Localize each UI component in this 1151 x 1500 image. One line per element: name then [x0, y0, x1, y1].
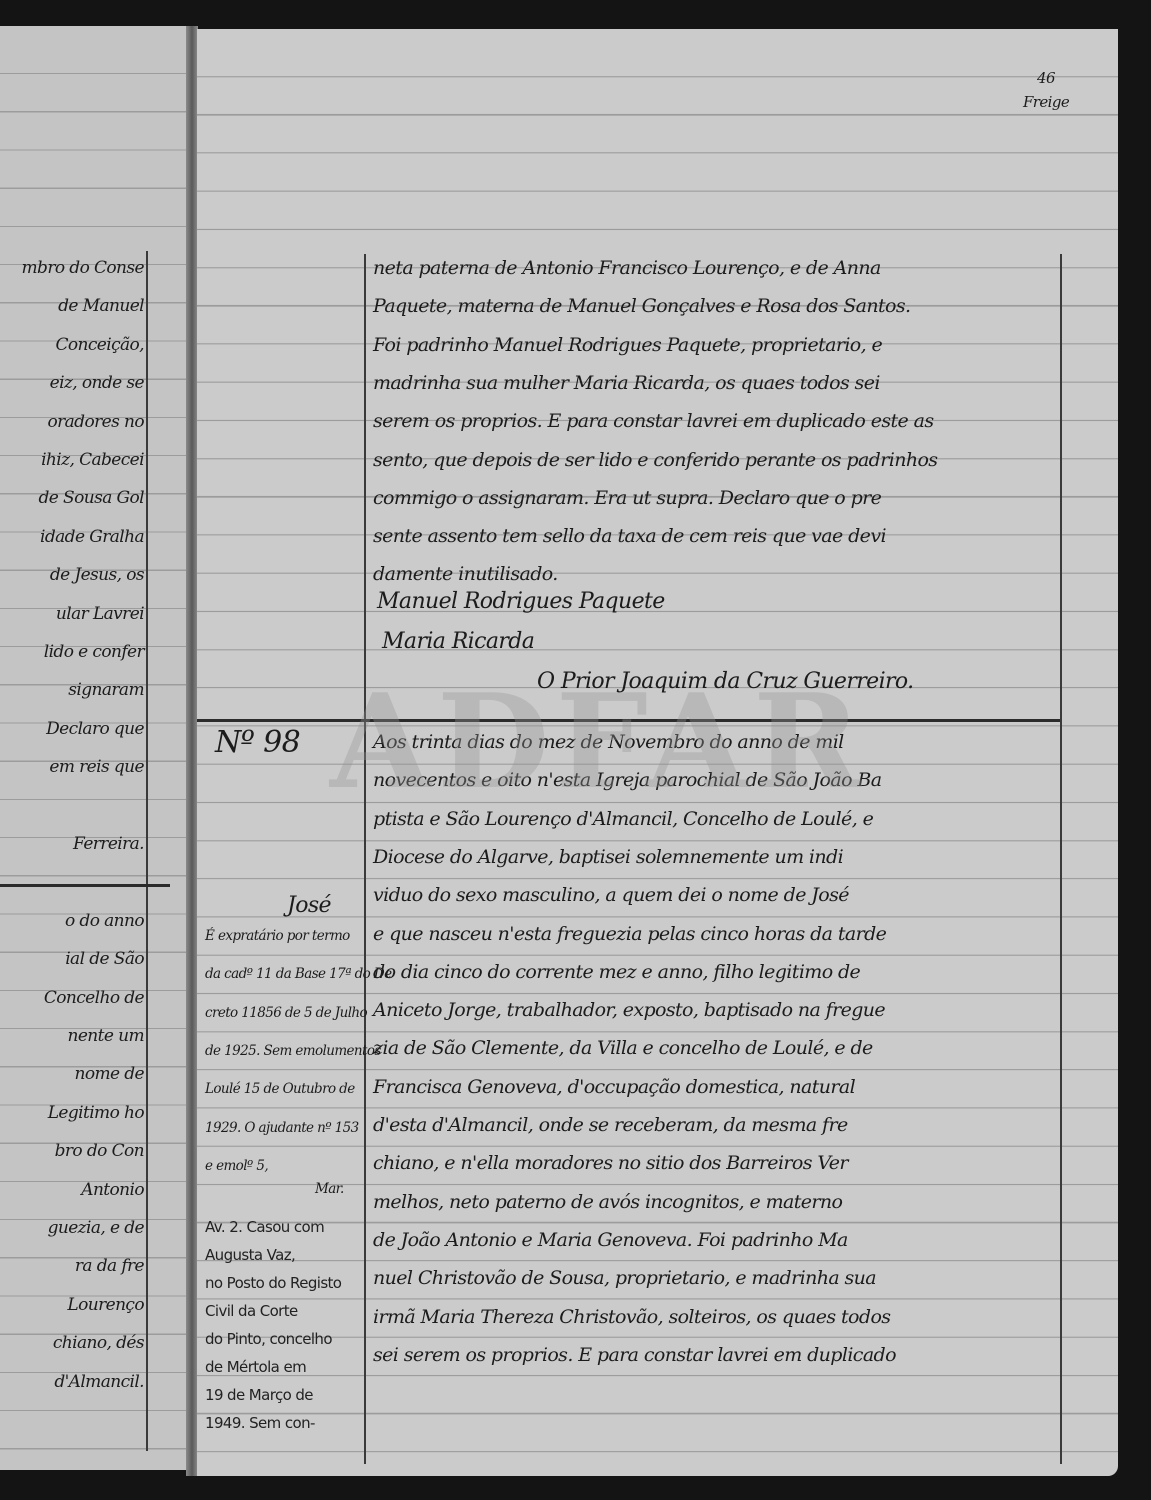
pencil-note-line: Civil da Corte: [205, 1302, 298, 1320]
pencil-note-line: do Pinto, concelho: [205, 1330, 332, 1348]
left-page-fragment: chiano, dés: [53, 1333, 144, 1353]
page-initials: Freige: [1023, 93, 1069, 111]
left-page-fragment: bro do Con: [55, 1141, 144, 1161]
margin-note-line: de 1925. Sem emolumentos: [205, 1043, 381, 1059]
pencil-note-line: no Posto do Registo: [205, 1274, 341, 1292]
left-page-fragment: de Manuel: [58, 296, 144, 316]
left-page-fragment: mbro do Conse: [22, 258, 144, 278]
margin-note-line: da cadº 11 da Base 17ª do De: [205, 966, 391, 982]
entry-line: de João Antonio e Maria Genoveva. Foi pa…: [373, 1229, 848, 1251]
entry-line: ptista e São Lourenço d'Almancil, Concel…: [373, 808, 873, 830]
entry-number: Nº 98: [215, 725, 300, 760]
entry-line: e que nasceu n'esta freguezia pelas cinc…: [373, 923, 886, 945]
left-page-fragment: Legitimo ho: [48, 1103, 144, 1123]
entry-line: zia de São Clemente, da Villa e concelho…: [373, 1037, 873, 1059]
margin-note-line: 1929. O ajudante nº 153: [205, 1120, 359, 1136]
left-page-fragment: lido e confer: [44, 642, 144, 662]
left-entry-separator: [0, 884, 170, 887]
pencil-note-line: Augusta Vaz,: [205, 1246, 295, 1264]
pencil-note-line: Av. 2. Casou com: [205, 1218, 324, 1236]
entry-line: Aos trinta dias do mez de Novembro do an…: [373, 731, 844, 753]
previous-entry-line: commigo o assignaram. Era ut supra. Decl…: [373, 487, 881, 509]
entry-line: chiano, e n'ella moradores no sitio dos …: [373, 1152, 848, 1174]
left-page-fragment: Concelho de: [44, 988, 144, 1008]
entry-line: Aniceto Jorge, trabalhador, exposto, bap…: [373, 999, 885, 1021]
entry-line: nuel Christovão de Sousa, proprietario, …: [373, 1267, 876, 1289]
entry-line: novecentos e oito n'esta Igreja parochia…: [373, 769, 882, 791]
left-page-fragment: guezia, e de: [48, 1218, 144, 1238]
left-page-fragment: Conceição,: [55, 335, 144, 355]
left-page-fragment: ihiz, Cabecei: [41, 450, 144, 470]
previous-entry-line: madrinha sua mulher Maria Ricarda, os qu…: [373, 372, 880, 394]
margin-note-line: Loulé 15 de Outubro de: [205, 1081, 355, 1097]
left-page-fragment: nente um: [67, 1026, 144, 1046]
left-page-fragment: Ferreira.: [73, 834, 144, 854]
entry-line: melhos, neto paterno de avós incognitos,…: [373, 1191, 842, 1213]
pencil-note-line: de Mértola em: [205, 1358, 306, 1376]
left-page-fragment: idade Gralha: [40, 527, 144, 547]
right-margin-rule: [1060, 254, 1062, 1464]
left-page-fragment: ra da fre: [75, 1256, 144, 1276]
pencil-note-line: 1949. Sem con-: [205, 1414, 315, 1432]
signature: Manuel Rodrigues Paquete: [377, 589, 665, 614]
left-page-fragment: eiz, onde se: [50, 373, 144, 393]
margin-rule: [364, 254, 366, 1464]
margin-note-line: e emolº 5,: [205, 1158, 268, 1174]
left-page-fragment: Declaro que: [46, 719, 144, 739]
right-page: 46 Freige neta paterna de Antonio Franci…: [197, 29, 1118, 1476]
entry-line: Diocese do Algarve, baptisei solemnement…: [373, 846, 843, 868]
previous-entry-line: sento, que depois de ser lido e conferid…: [373, 449, 937, 471]
left-page-fragment: Antonio: [81, 1180, 144, 1200]
entry-line: do dia cinco do corrente mez e anno, fil…: [373, 961, 860, 983]
entry-line: d'esta d'Almancil, onde se receberam, da…: [373, 1114, 848, 1136]
left-page-fragment: ular Lavrei: [56, 604, 144, 624]
left-page: mbro do Consede ManuelConceição,eiz, ond…: [0, 26, 188, 1470]
previous-entry-line: neta paterna de Antonio Francisco Louren…: [373, 257, 881, 279]
left-page-fragment: o do anno: [65, 911, 144, 931]
entry-line: viduo do sexo masculino, a quem dei o no…: [373, 884, 849, 906]
previous-entry-line: Paquete, materna de Manuel Gonçalves e R…: [373, 295, 910, 317]
margin-note-line: É expratário por termo: [205, 928, 350, 944]
left-page-fragment: d'Almancil.: [54, 1372, 144, 1392]
left-page-fragment: oradores no: [47, 412, 144, 432]
previous-entry-line: sente assento tem sello da taxa de cem r…: [373, 525, 886, 547]
previous-entry-line: serem os proprios. E para constar lavrei…: [373, 410, 933, 432]
left-page-fragment: ial de São: [65, 949, 144, 969]
left-page-fragment: signaram: [68, 680, 144, 700]
left-page-fragment: de Sousa Gol: [39, 488, 145, 508]
entry-line: irmã Maria Thereza Christovão, solteiros…: [373, 1306, 890, 1328]
left-margin-rule: [146, 251, 148, 1451]
entry-line: Francisca Genoveva, d'occupação domestic…: [373, 1076, 855, 1098]
previous-entry-line: damente inutilisado.: [373, 563, 558, 585]
margin-note-line: creto 11856 de 5 de Julho: [205, 1005, 367, 1021]
left-page-fragment: de Jesus, os: [50, 565, 144, 585]
left-page-fragment: Lourenço: [67, 1295, 144, 1315]
entry-line: sei serem os proprios. E para constar la…: [373, 1344, 896, 1366]
signature: Maria Ricarda: [382, 629, 534, 654]
margin-name: José: [287, 893, 331, 918]
left-page-fragment: em reis que: [49, 757, 144, 777]
page-number: 46: [1037, 69, 1055, 87]
previous-entry-line: Foi padrinho Manuel Rodrigues Paquete, p…: [373, 334, 882, 356]
entry-separator: [197, 719, 1060, 722]
signature: O Prior Joaquim da Cruz Guerreiro.: [537, 669, 914, 694]
left-page-fragment: nome de: [74, 1064, 144, 1084]
margin-rubric: Mar.: [315, 1181, 344, 1197]
pencil-note-line: 19 de Março de: [205, 1386, 313, 1404]
